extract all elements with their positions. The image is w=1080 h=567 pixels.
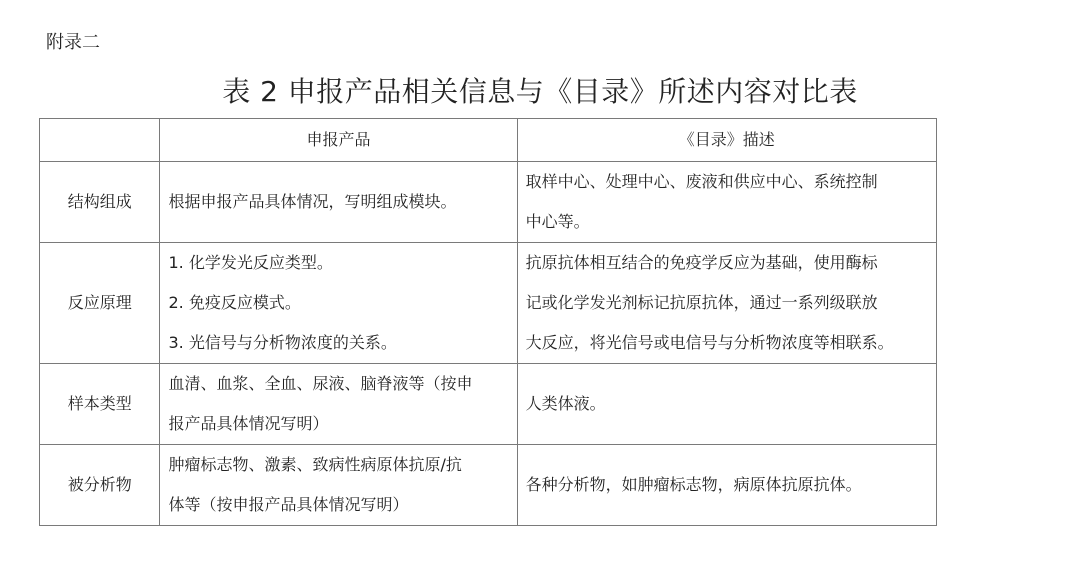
cell-line: 中心等。 bbox=[526, 202, 928, 242]
row-category: 样本类型 bbox=[40, 364, 160, 445]
cell-line: 肿瘤标志物、激素、致病性病原体抗原/抗 bbox=[168, 445, 508, 485]
product-cell: 肿瘤标志物、激素、致病性病原体抗原/抗 体等（按申报产品具体情况写明） bbox=[160, 445, 517, 526]
product-cell: 血清、血浆、全血、尿液、脑脊液等（按申 报产品具体情况写明） bbox=[160, 364, 517, 445]
row-category: 反应原理 bbox=[40, 243, 160, 364]
comparison-table: 申报产品 《目录》描述 结构组成 根据申报产品具体情况，写明组成模块。 取样中心… bbox=[39, 118, 937, 526]
row-category: 被分析物 bbox=[40, 445, 160, 526]
appendix-label: 附录二 bbox=[46, 28, 100, 54]
cell-line: 1. 化学发光反应类型。 bbox=[168, 243, 508, 283]
cell-line: 3. 光信号与分析物浓度的关系。 bbox=[168, 323, 508, 363]
cell-line: 体等（按申报产品具体情况写明） bbox=[168, 485, 508, 525]
cell-line: 各种分析物，如肿瘤标志物，病原体抗原抗体。 bbox=[526, 465, 928, 505]
cell-line: 取样中心、处理中心、废液和供应中心、系统控制 bbox=[526, 162, 928, 202]
table-row: 结构组成 根据申报产品具体情况，写明组成模块。 取样中心、处理中心、废液和供应中… bbox=[40, 162, 937, 243]
product-cell: 1. 化学发光反应类型。 2. 免疫反应模式。 3. 光信号与分析物浓度的关系。 bbox=[160, 243, 517, 364]
cell-line: 血清、血浆、全血、尿液、脑脊液等（按申 bbox=[168, 364, 508, 404]
table-row: 反应原理 1. 化学发光反应类型。 2. 免疫反应模式。 3. 光信号与分析物浓… bbox=[40, 243, 937, 364]
cell-line: 人类体液。 bbox=[526, 384, 928, 424]
catalog-cell: 抗原抗体相互结合的免疫学反应为基础，使用酶标 记或化学发光剂标记抗原抗体，通过一… bbox=[517, 243, 936, 364]
cell-line: 大反应，将光信号或电信号与分析物浓度等相联系。 bbox=[526, 323, 928, 363]
product-cell: 根据申报产品具体情况，写明组成模块。 bbox=[160, 162, 517, 243]
header-catalog: 《目录》描述 bbox=[517, 119, 936, 162]
table-row: 被分析物 肿瘤标志物、激素、致病性病原体抗原/抗 体等（按申报产品具体情况写明）… bbox=[40, 445, 937, 526]
row-category: 结构组成 bbox=[40, 162, 160, 243]
catalog-cell: 取样中心、处理中心、废液和供应中心、系统控制 中心等。 bbox=[517, 162, 936, 243]
cell-line: 抗原抗体相互结合的免疫学反应为基础，使用酶标 bbox=[526, 243, 928, 283]
table-title: 表 2 申报产品相关信息与《目录》所述内容对比表 bbox=[0, 70, 1080, 110]
cell-line: 2. 免疫反应模式。 bbox=[168, 283, 508, 323]
cell-line: 记或化学发光剂标记抗原抗体，通过一系列级联放 bbox=[526, 283, 928, 323]
catalog-cell: 人类体液。 bbox=[517, 364, 936, 445]
cell-line: 报产品具体情况写明） bbox=[168, 404, 508, 444]
header-category bbox=[40, 119, 160, 162]
table-row: 样本类型 血清、血浆、全血、尿液、脑脊液等（按申 报产品具体情况写明） 人类体液… bbox=[40, 364, 937, 445]
header-product: 申报产品 bbox=[160, 119, 517, 162]
cell-line: 根据申报产品具体情况，写明组成模块。 bbox=[168, 182, 508, 222]
catalog-cell: 各种分析物，如肿瘤标志物，病原体抗原抗体。 bbox=[517, 445, 936, 526]
header-row: 申报产品 《目录》描述 bbox=[40, 119, 937, 162]
